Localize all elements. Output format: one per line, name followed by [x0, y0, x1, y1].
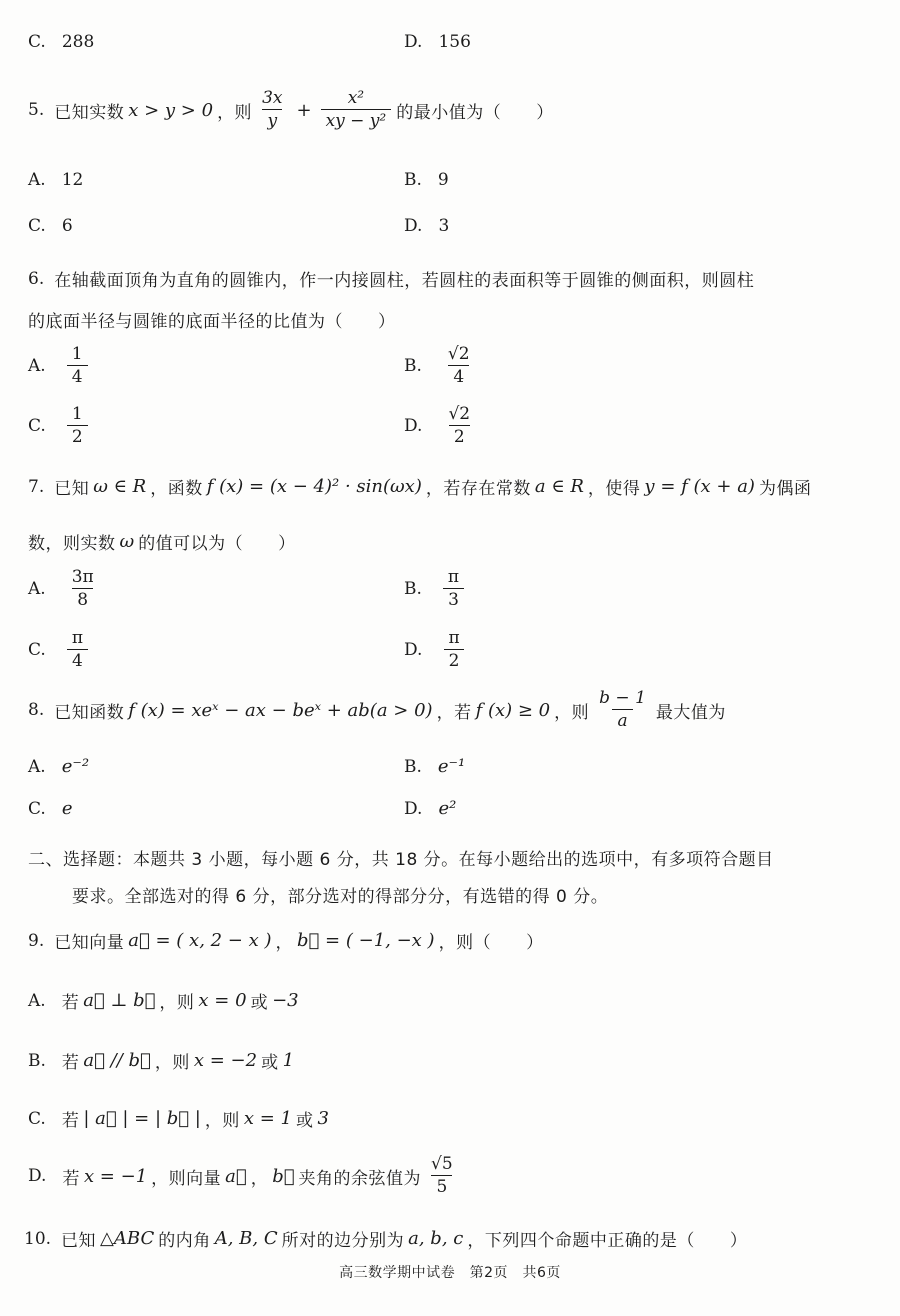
option-value: 6 [62, 216, 73, 236]
option-label: C. [28, 640, 46, 660]
section-2-header-line-2: 要求。全部选对的得 6 分，部分选对的得部分分，有选错的得 0 分。 [72, 882, 608, 907]
option-value: 156 [438, 32, 470, 52]
math-expression: f (x) = (x − 4)² · sin(ωx) [203, 476, 426, 497]
fraction-numerator: √5 [426, 1154, 458, 1175]
fraction-denominator: 5 [431, 1175, 452, 1198]
fraction-denominator: 2 [444, 649, 465, 672]
stem-text: ，函数 [150, 474, 203, 499]
option-label: D. [404, 799, 422, 819]
math-expression: f (x) ≥ 0 [472, 700, 555, 721]
option-text: 夹角的余弦值为 [299, 1164, 422, 1189]
option-value: e⁻¹ [438, 756, 465, 777]
option-text: 若 [62, 988, 80, 1013]
fraction: √2 2 [443, 404, 475, 449]
q8-option-a: A. e⁻² [28, 756, 89, 777]
option-value: 288 [62, 32, 94, 52]
exam-page: C. 288 D. 156 5. 已知实数 x > y > 0 ，则 3x y … [0, 0, 900, 1316]
q9-option-c: C. 若 | a⃗ | = | b⃗ | ，则 x = 1 或 3 [28, 1106, 333, 1131]
math-expression: 3 [313, 1108, 332, 1129]
option-label: C. [28, 216, 46, 236]
fraction-denominator: 2 [67, 425, 88, 448]
fraction-denominator: 4 [67, 649, 88, 672]
option-label: C. [28, 799, 46, 819]
stem-text: 所对的边分别为 [282, 1226, 405, 1251]
option-label: B. [404, 579, 422, 599]
fraction-denominator: a [612, 709, 632, 732]
math-expression: | a⃗ | = | b⃗ | [79, 1108, 205, 1129]
option-label: C. [28, 1109, 46, 1129]
q6-option-a: A. 1 4 [28, 344, 93, 389]
fraction: √2 4 [443, 344, 475, 389]
math-expression: x = 0 [194, 990, 250, 1011]
fraction: √5 5 [426, 1154, 458, 1199]
option-label: D. [404, 216, 422, 236]
math-expression: A, B, C [211, 1228, 282, 1249]
fraction: x² xy − y² [321, 88, 392, 133]
option-text: ，则 [205, 1106, 240, 1131]
math-expression: a⃗ = ( x, 2 − x ) [124, 930, 275, 951]
q8-option-d: D. e² [404, 798, 456, 819]
fraction-numerator: π [443, 628, 464, 649]
math-expression: a ∈ R [531, 476, 588, 497]
stem-text: 已知 [54, 474, 89, 499]
q5-option-c: C. 6 [28, 216, 73, 236]
fraction: b − 1 a [594, 688, 651, 733]
stem-text: ，若存在常数 [426, 474, 531, 499]
fraction-numerator: π [443, 567, 464, 588]
question-7-stem-line-1: 7. 已知 ω ∈ R ，函数 f (x) = (x − 4)² · sin(ω… [28, 474, 811, 499]
math-expression: b⃗ = ( −1, −x ) [293, 930, 439, 951]
q8-options-row-2: C. e D. e² [28, 798, 72, 819]
fraction-numerator: b − 1 [594, 688, 651, 709]
option-label: A. [28, 170, 46, 190]
q9-option-a: A. 若 a⃗ ⊥ b⃗ ，则 x = 0 或 −3 [28, 988, 303, 1013]
option-label: B. [404, 170, 422, 190]
math-expression: x = −2 [190, 1050, 261, 1071]
option-text: 若 [62, 1106, 80, 1131]
section-text: 要求。全部选对的得 6 分，部分选对的得部分分，有选错的得 0 分。 [72, 882, 608, 907]
q4-options-row: C. 288 D. 156 [28, 32, 94, 52]
q8-options-row-1: A. e⁻² B. e⁻¹ [28, 756, 89, 777]
q5-option-d: D. 3 [404, 216, 449, 236]
stem-text: 已知 [61, 1226, 96, 1251]
fraction-denominator: xy − y² [321, 109, 392, 132]
stem-text: ，则 [217, 98, 252, 123]
option-value: 9 [438, 170, 449, 190]
math-expression: x = 1 [240, 1108, 296, 1129]
option-text: ，则向量 [151, 1164, 221, 1189]
math-expression: ω ∈ R [89, 476, 150, 497]
q9-option-d: D. 若 x = −1 ，则向量 a⃗ ， b⃗ 夹角的余弦值为 √5 5 [28, 1154, 463, 1199]
option-text: ，则 [159, 988, 194, 1013]
fraction-denominator: 4 [448, 365, 469, 388]
q6-options-row-1: A. 1 4 B. √2 4 [28, 344, 93, 389]
q7-options-row-2: C. π 4 D. π 2 [28, 628, 93, 673]
math-expression: f (x) = xeˣ − ax − beˣ + ab(a > 0) [124, 700, 436, 721]
question-number: 6. [28, 269, 44, 289]
stem-text: 已知函数 [54, 698, 124, 723]
math-expression: −3 [268, 990, 303, 1011]
option-label: D. [404, 416, 422, 436]
q8-option-b: B. e⁻¹ [404, 756, 465, 777]
stem-text: 的最小值为（ ） [396, 98, 554, 123]
fraction-numerator: 3π [67, 567, 99, 588]
option-value: 12 [62, 170, 84, 190]
fraction-denominator: 8 [72, 588, 93, 611]
stem-text: 的底面半径与圆锥的底面半径的比值为（ ） [28, 307, 396, 332]
fraction-numerator: x² [343, 88, 369, 109]
option-label: D. [28, 1166, 46, 1186]
stem-text: ，若 [437, 698, 472, 723]
option-label: A. [28, 757, 46, 777]
fraction-denominator: 2 [449, 425, 470, 448]
q7-option-d: D. π 2 [404, 628, 470, 673]
question-6-stem-line-2: 的底面半径与圆锥的底面半径的比值为（ ） [28, 307, 396, 332]
stem-text: 的内角 [158, 1226, 211, 1251]
question-9-stem: 9. 已知向量 a⃗ = ( x, 2 − x ) ， b⃗ = ( −1, −… [28, 928, 544, 953]
option-label: D. [404, 32, 422, 52]
stem-text: 数，则实数 [28, 529, 116, 554]
math-expression: ω [116, 531, 139, 552]
q7-option-c: C. π 4 [28, 628, 93, 673]
stem-text: 已知实数 [54, 98, 124, 123]
option-text: ， [251, 1164, 269, 1189]
option-label: D. [404, 640, 422, 660]
question-8-stem: 8. 已知函数 f (x) = xeˣ − ax − beˣ + ab(a > … [28, 688, 726, 733]
fraction-numerator: 3x [257, 88, 287, 109]
q4-option-c: C. 288 [28, 32, 94, 52]
footer-text: 高三数学期中试卷 第2页 共6页 [339, 1265, 561, 1281]
stem-text: 为偶函 [759, 474, 812, 499]
fraction-denominator: 3 [443, 588, 464, 611]
q9-option-b: B. 若 a⃗ // b⃗ ，则 x = −2 或 1 [28, 1048, 298, 1073]
question-7-stem-line-2: 数，则实数 ω 的值可以为（ ） [28, 529, 296, 554]
q5-options-row-1: A. 12 B. 9 [28, 170, 83, 190]
fraction-numerator: π [67, 628, 88, 649]
question-10-stem: 10. 已知 △ABC 的内角 A, B, C 所对的边分别为 a, b, c … [24, 1226, 747, 1251]
q7-options-row-1: A. 3π 8 B. π 3 [28, 567, 104, 612]
q5-option-a: A. 12 [28, 170, 83, 190]
question-number: 9. [28, 931, 44, 951]
option-value: e⁻² [62, 756, 89, 777]
fraction-numerator: 1 [67, 344, 88, 365]
question-6-stem-line-1: 6. 在轴截面顶角为直角的圆锥内，作一内接圆柱，若圆柱的表面积等于圆锥的侧面积，… [28, 266, 754, 291]
option-value: e [62, 798, 73, 819]
fraction: π 4 [67, 628, 88, 673]
q6-options-row-2: C. 1 2 D. √2 2 [28, 404, 93, 449]
option-text: 或 [296, 1106, 314, 1131]
fraction-denominator: y [262, 109, 282, 132]
option-text: ，则 [155, 1048, 190, 1073]
question-number: 5. [28, 100, 44, 120]
fraction-numerator: √2 [443, 344, 475, 365]
option-label: A. [28, 356, 46, 376]
option-label: C. [28, 416, 46, 436]
math-expression: △ABC [96, 1228, 158, 1249]
math-expression: x > y > 0 [124, 100, 217, 121]
option-text: 若 [62, 1164, 80, 1189]
math-expression: a⃗ [221, 1166, 251, 1187]
question-number: 10. [24, 1229, 51, 1249]
option-value: 3 [438, 216, 449, 236]
page-footer: 高三数学期中试卷 第2页 共6页 [0, 1262, 900, 1282]
q8-option-c: C. e [28, 798, 72, 819]
q5-option-b: B. 9 [404, 170, 449, 190]
option-label: B. [28, 1051, 46, 1071]
option-label: B. [404, 356, 422, 376]
stem-text: ，下列四个命题中正确的是（ ） [467, 1226, 747, 1251]
fraction-denominator: 4 [67, 365, 88, 388]
q4-option-d: D. 156 [404, 32, 471, 52]
section-2-header-line-1: 二、选择题：本题共 3 小题，每小题 6 分，共 18 分。在每小题给出的选项中… [28, 845, 774, 870]
fraction: 1 4 [67, 344, 88, 389]
stem-text: 最大值为 [656, 698, 726, 723]
option-text: 或 [251, 988, 269, 1013]
q6-option-d: D. √2 2 [404, 404, 480, 449]
fraction-numerator: 1 [67, 404, 88, 425]
q7-option-b: B. π 3 [404, 567, 469, 612]
question-5-stem: 5. 已知实数 x > y > 0 ，则 3x y + x² xy − y² 的… [28, 88, 554, 133]
option-text: 或 [261, 1048, 279, 1073]
section-text: 二、选择题：本题共 3 小题，每小题 6 分，共 18 分。在每小题给出的选项中… [28, 845, 774, 870]
math-expression: y = f (x + a) [640, 476, 759, 497]
fraction: 1 2 [67, 404, 88, 449]
fraction-numerator: √2 [443, 404, 475, 425]
option-label: A. [28, 579, 46, 599]
plus-sign: + [292, 100, 315, 121]
option-label: A. [28, 991, 46, 1011]
math-expression: 1 [279, 1050, 298, 1071]
stem-text: 在轴截面顶角为直角的圆锥内，作一内接圆柱，若圆柱的表面积等于圆锥的侧面积，则圆柱 [54, 266, 754, 291]
fraction: 3x y [257, 88, 287, 133]
stem-text: 已知向量 [54, 928, 124, 953]
option-text: 若 [62, 1048, 80, 1073]
question-number: 8. [28, 700, 44, 720]
stem-text: ，使得 [588, 474, 641, 499]
option-value: e² [438, 798, 456, 819]
q5-options-row-2: C. 6 D. 3 [28, 216, 73, 236]
fraction: π 3 [443, 567, 464, 612]
fraction: π 2 [443, 628, 464, 673]
math-expression: x = −1 [80, 1166, 151, 1187]
math-expression: a, b, c [404, 1228, 467, 1249]
stem-text: ， [276, 928, 294, 953]
math-expression: a⃗ // b⃗ [79, 1050, 154, 1071]
stem-text: ，则 [554, 698, 589, 723]
stem-text: 的值可以为（ ） [138, 529, 296, 554]
math-expression: a⃗ ⊥ b⃗ [79, 990, 159, 1011]
fraction: 3π 8 [67, 567, 99, 612]
q6-option-b: B. √2 4 [404, 344, 480, 389]
stem-text: ，则（ ） [439, 928, 544, 953]
option-label: B. [404, 757, 422, 777]
q6-option-c: C. 1 2 [28, 404, 93, 449]
question-number: 7. [28, 477, 44, 497]
math-expression: b⃗ [268, 1166, 298, 1187]
q7-option-a: A. 3π 8 [28, 567, 104, 612]
option-label: C. [28, 32, 46, 52]
